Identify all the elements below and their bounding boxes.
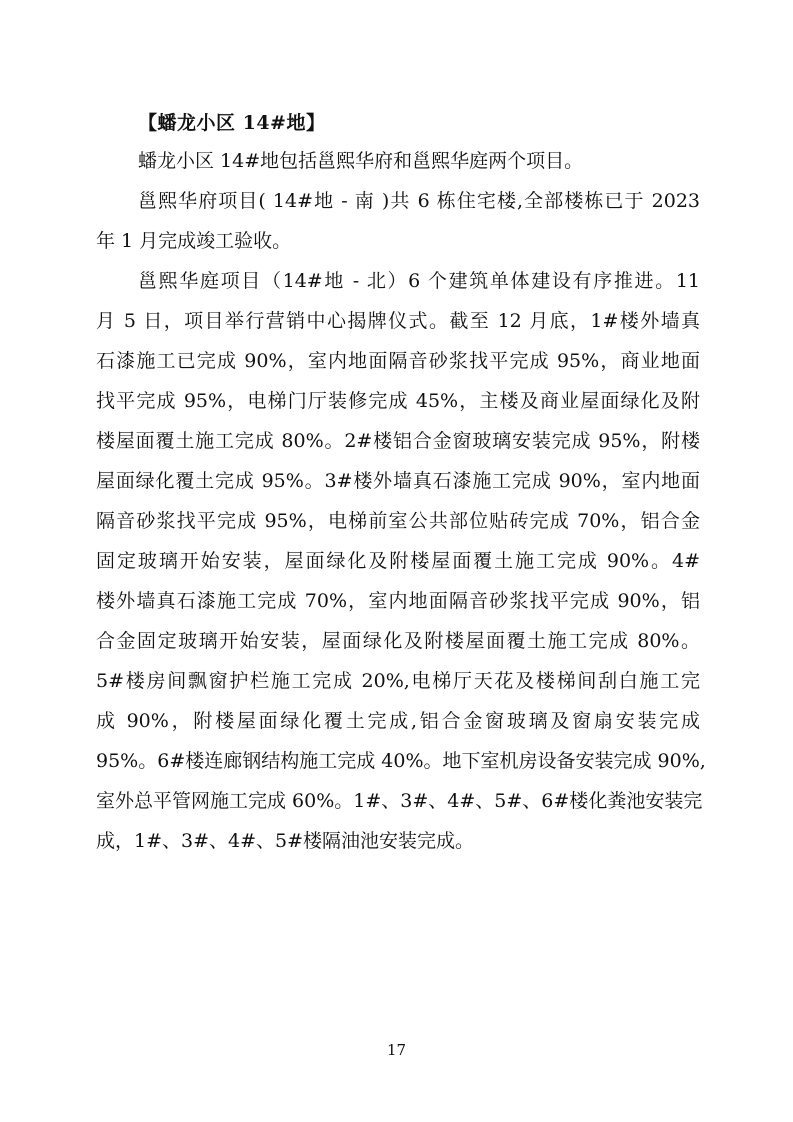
- document-page: 【蟠龙小区 14#地】 蟠龙小区 14#地包括邕熙华府和邕熙华庭两个项目。 邕熙…: [0, 0, 793, 1122]
- page-number: 17: [0, 1040, 793, 1060]
- paragraph-3-line-13: 95%。6#楼连廊钢结构施工完成 40%。地下室机房设备安装完成 90%,: [96, 746, 700, 776]
- paragraph-3-line-15: 成，1#、3#、4#、5#楼隔油池安装完成。: [96, 826, 700, 856]
- paragraph-3-line-8: 固定玻璃开始安装，屋面绿化及附楼屋面覆土施工完成 90%。4#: [96, 546, 700, 576]
- paragraph-3-line-1: 邕熙华庭项目（14#地 - 北）6 个建筑单体建设有序推进。11: [138, 266, 700, 296]
- paragraph-3-line-10: 合金固定玻璃开始安装，屋面绿化及附楼屋面覆土施工完成 80%。: [96, 626, 700, 656]
- paragraph-3-line-4: 找平完成 95%，电梯门厅装修完成 45%，主楼及商业屋面绿化及附: [96, 386, 700, 416]
- paragraph-3-line-6: 屋面绿化覆土完成 95%。3#楼外墙真石漆施工完成 90%，室内地面: [96, 466, 700, 496]
- paragraph-2-line-1: 邕熙华府项目( 14#地 - 南 )共 6 栋住宅楼,全部楼栋已于 2023: [138, 186, 700, 216]
- paragraph-3-line-5: 楼屋面覆土施工完成 80%。2#楼铝合金窗玻璃安装完成 95%，附楼: [96, 426, 700, 456]
- paragraph-2-line-2: 年 1 月完成竣工验收。: [96, 226, 700, 256]
- paragraph-3-line-2: 月 5 日，项目举行营销中心揭牌仪式。截至 12 月底，1#楼外墙真: [96, 306, 700, 336]
- paragraph-3-line-14: 室外总平管网施工完成 60%。1#、3#、4#、5#、6#楼化粪池安装完: [96, 786, 700, 816]
- paragraph-3-line-3: 石漆施工已完成 90%，室内地面隔音砂浆找平完成 95%，商业地面: [96, 346, 700, 376]
- paragraph-3-line-12: 成 90%，附楼屋面绿化覆土完成,铝合金窗玻璃及窗扇安装完成: [96, 706, 700, 736]
- paragraph-3-line-7: 隔音砂浆找平完成 95%，电梯前室公共部位贴砖完成 70%，铝合金: [96, 506, 700, 536]
- section-heading: 【蟠龙小区 14#地】: [138, 108, 325, 138]
- paragraph-3-line-11: 5#楼房间飘窗护栏施工完成 20%,电梯厅天花及楼梯间刮白施工完: [96, 666, 700, 696]
- paragraph-3-line-9: 楼外墙真石漆施工完成 70%，室内地面隔音砂浆找平完成 90%，铝: [96, 586, 700, 616]
- paragraph-1-line-1: 蟠龙小区 14#地包括邕熙华府和邕熙华庭两个项目。: [138, 146, 700, 176]
